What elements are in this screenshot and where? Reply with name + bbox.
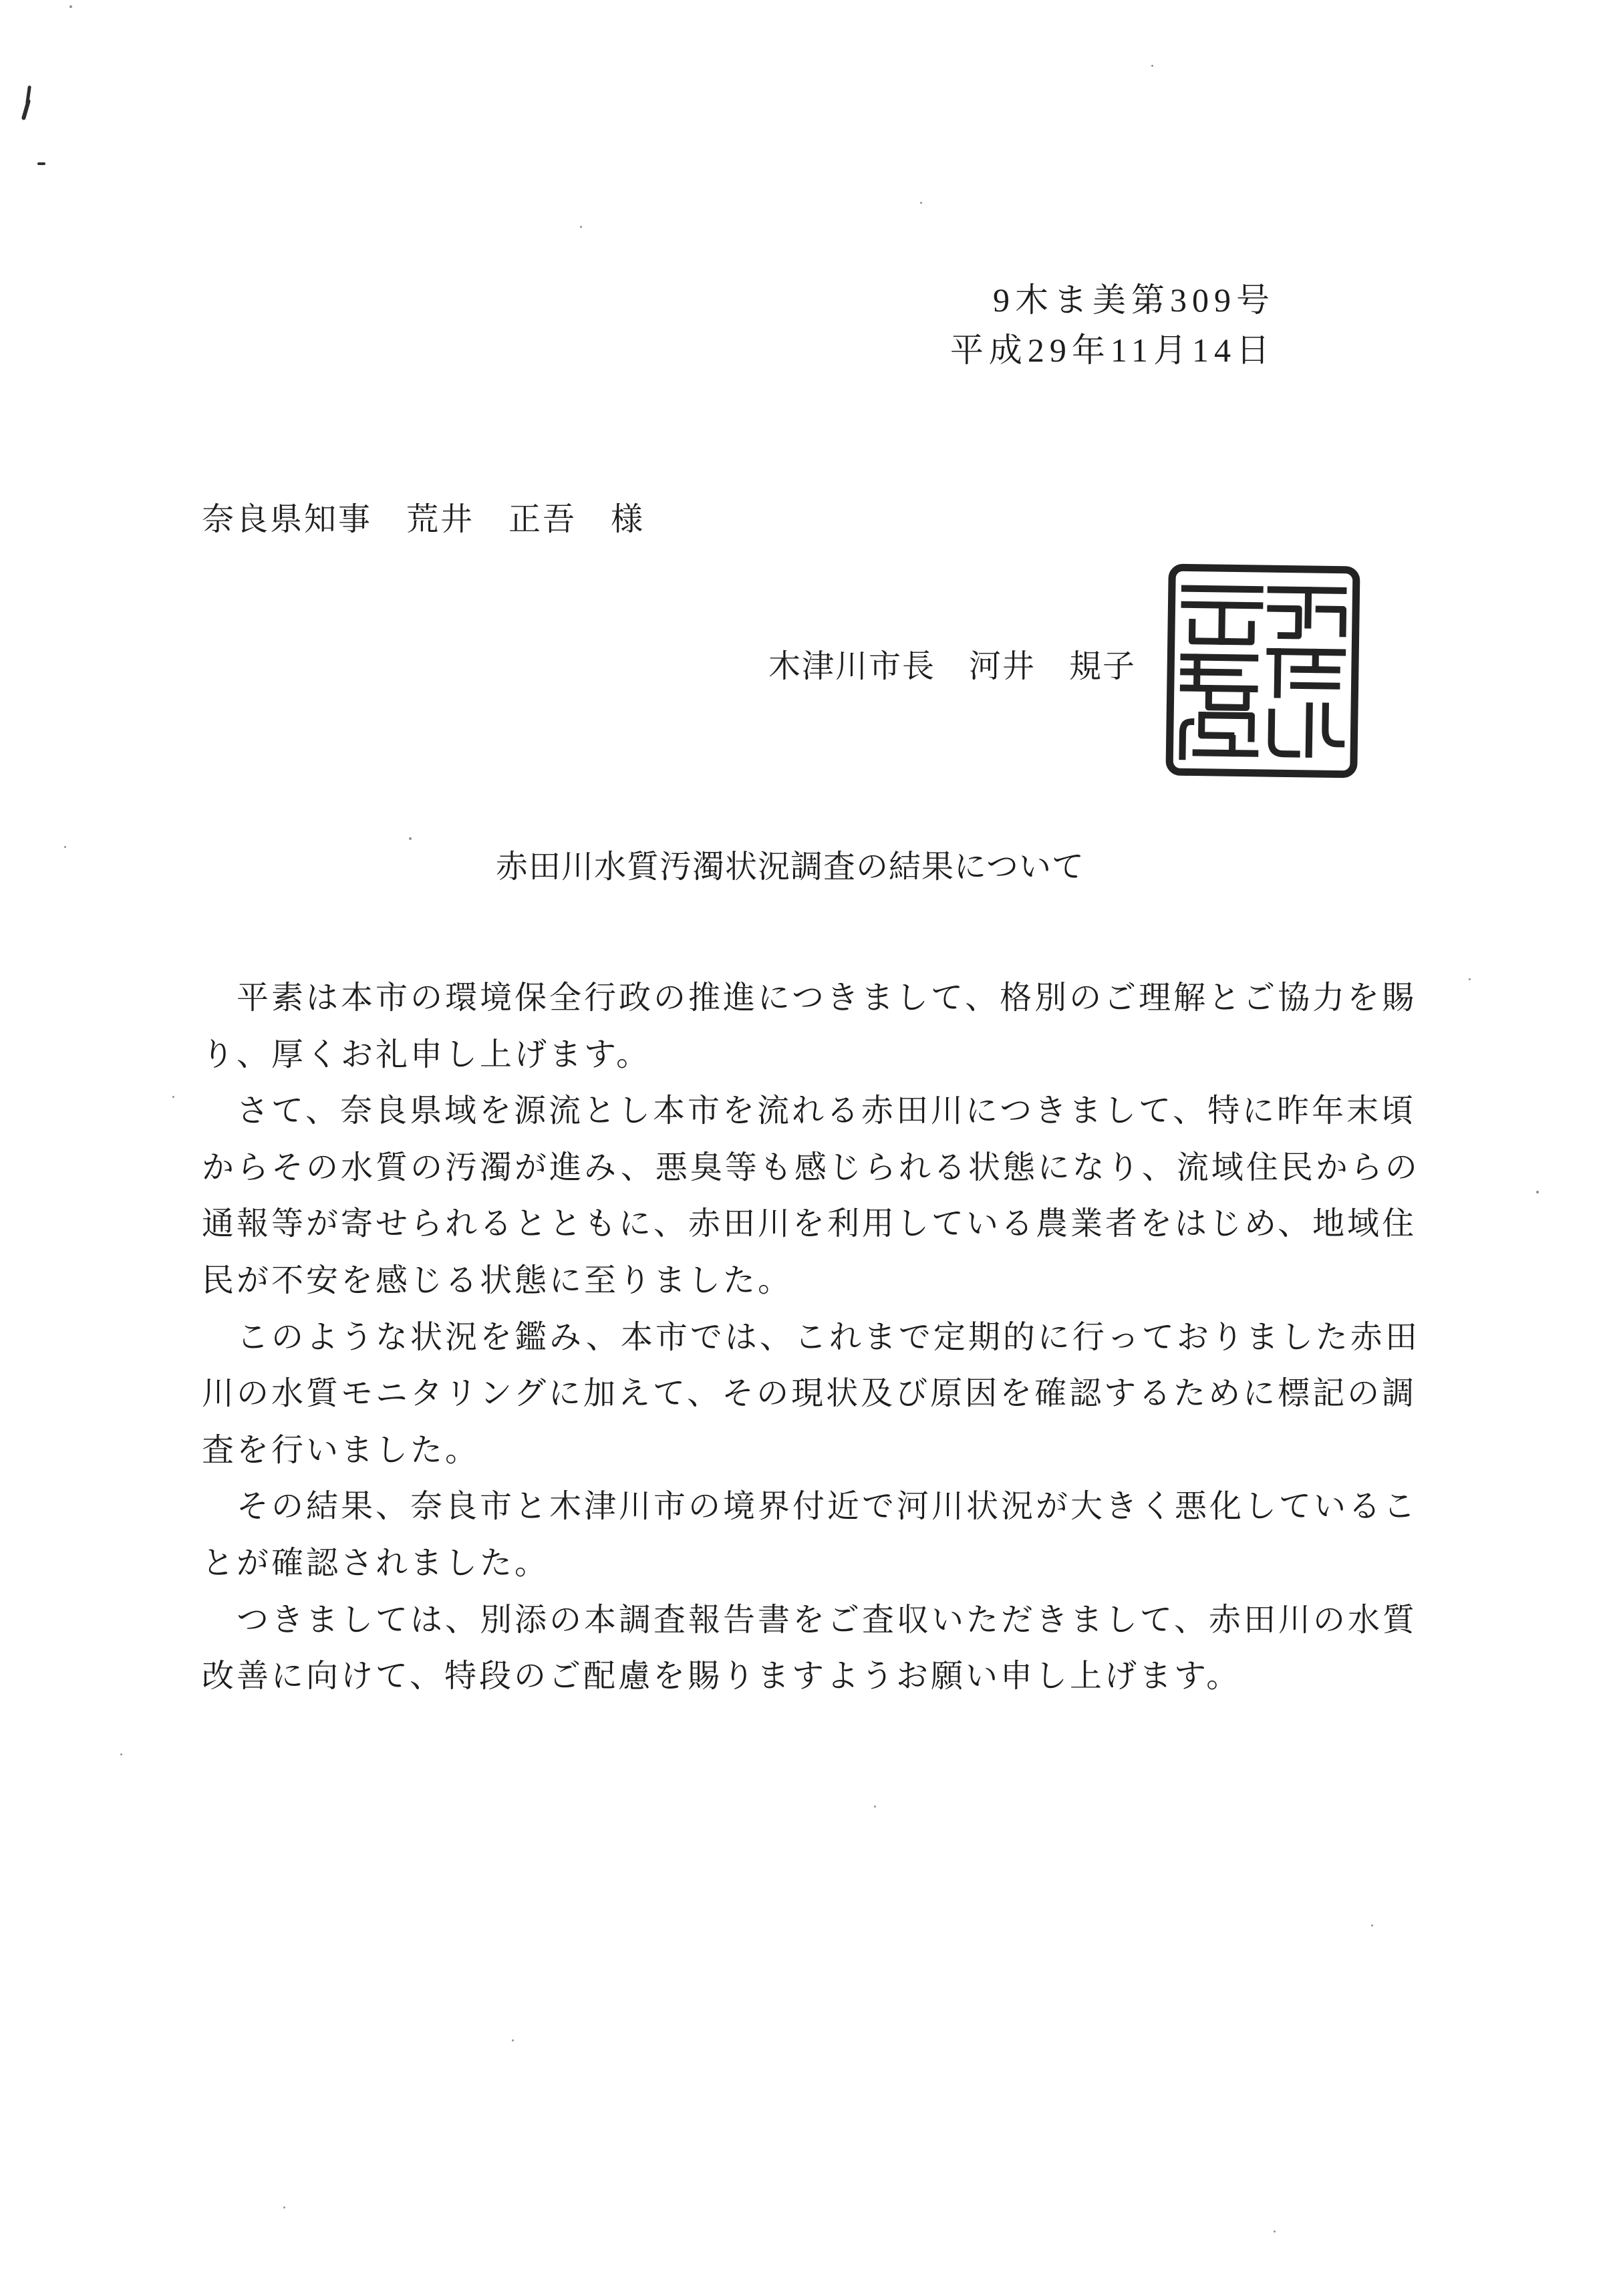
body-text-line: 査を行いました。 bbox=[202, 1423, 1425, 1479]
scan-speckle bbox=[172, 1096, 174, 1098]
scan-speckle bbox=[69, 5, 72, 8]
mayor-seal bbox=[1163, 561, 1363, 780]
document-body: 平素は本市の環境保全行政の推進につきまして、格別のご理解とご協力を賜り、厚くお礼… bbox=[202, 970, 1425, 1705]
body-text-line: とが確認されました。 bbox=[202, 1536, 1425, 1592]
body-text-line: り、厚くお礼申し上げます。 bbox=[202, 1027, 1425, 1084]
body-text-line: からその水質の汚濁が進み、悪臭等も感じられる状態になり、流域住民からの bbox=[202, 1140, 1425, 1197]
body-text-line: このような状況を鑑み、本市では、これまで定期的に行っておりました赤田 bbox=[202, 1310, 1425, 1367]
document-number: 9木ま美第309号 bbox=[950, 275, 1275, 325]
document-date: 平成29年11月14日 bbox=[950, 325, 1275, 376]
recipient-line: 奈良県知事 荒井 正吾 様 bbox=[202, 493, 645, 539]
scan-speckle bbox=[64, 846, 66, 848]
scan-speckle bbox=[1536, 1191, 1539, 1193]
scanned-letter-page: 9木ま美第309号 平成29年11月14日 奈良県知事 荒井 正吾 様 木津川市… bbox=[0, 0, 1609, 2296]
body-text-line: つきましては、別添の本調査報告書をご査収いただきまして、赤田川の水質 bbox=[202, 1592, 1425, 1649]
sender-line: 木津川市長 河井 規子 bbox=[768, 640, 1136, 686]
scan-speckle bbox=[283, 2206, 285, 2208]
body-text-line: 民が不安を感じる状態に至りました。 bbox=[202, 1253, 1425, 1310]
scan-artifact-stroke bbox=[21, 99, 31, 120]
body-text-line: さて、奈良県域を源流とし本市を流れる赤田川につきまして、特に昨年末頃 bbox=[202, 1083, 1425, 1140]
scan-speckle bbox=[409, 837, 412, 840]
document-header: 9木ま美第309号 平成29年11月14日 bbox=[950, 275, 1275, 376]
scan-speckle bbox=[1469, 978, 1471, 980]
body-text-line: その結果、奈良市と木津川市の境界付近で河川状況が大きく悪化しているこ bbox=[202, 1479, 1425, 1536]
body-text-line: 通報等が寄せられるとともに、赤田川を利用している農業者をはじめ、地域住 bbox=[202, 1196, 1425, 1253]
body-text-line: 改善に向けて、特段のご配慮を賜りますようお願い申し上げます。 bbox=[202, 1648, 1425, 1705]
scan-speckle bbox=[512, 2039, 514, 2041]
scan-speckle bbox=[874, 1806, 876, 1808]
scan-speckle bbox=[1371, 1924, 1373, 1926]
body-text-line: 平素は本市の環境保全行政の推進につきまして、格別のご理解とご協力を賜 bbox=[202, 970, 1425, 1027]
document-title: 赤田川水質汚濁状況調査の結果について bbox=[496, 841, 1084, 887]
scan-speckle bbox=[580, 226, 582, 228]
scan-speckle bbox=[920, 202, 922, 204]
scan-artifact-dash bbox=[37, 162, 45, 165]
body-text-line: 川の水質モニタリングに加えて、その現状及び原因を確認するために標記の調 bbox=[202, 1366, 1425, 1423]
scan-speckle bbox=[1151, 65, 1153, 67]
seal-graphic bbox=[1163, 561, 1363, 780]
scan-speckle bbox=[120, 1753, 122, 1755]
scan-speckle bbox=[1274, 2231, 1276, 2233]
